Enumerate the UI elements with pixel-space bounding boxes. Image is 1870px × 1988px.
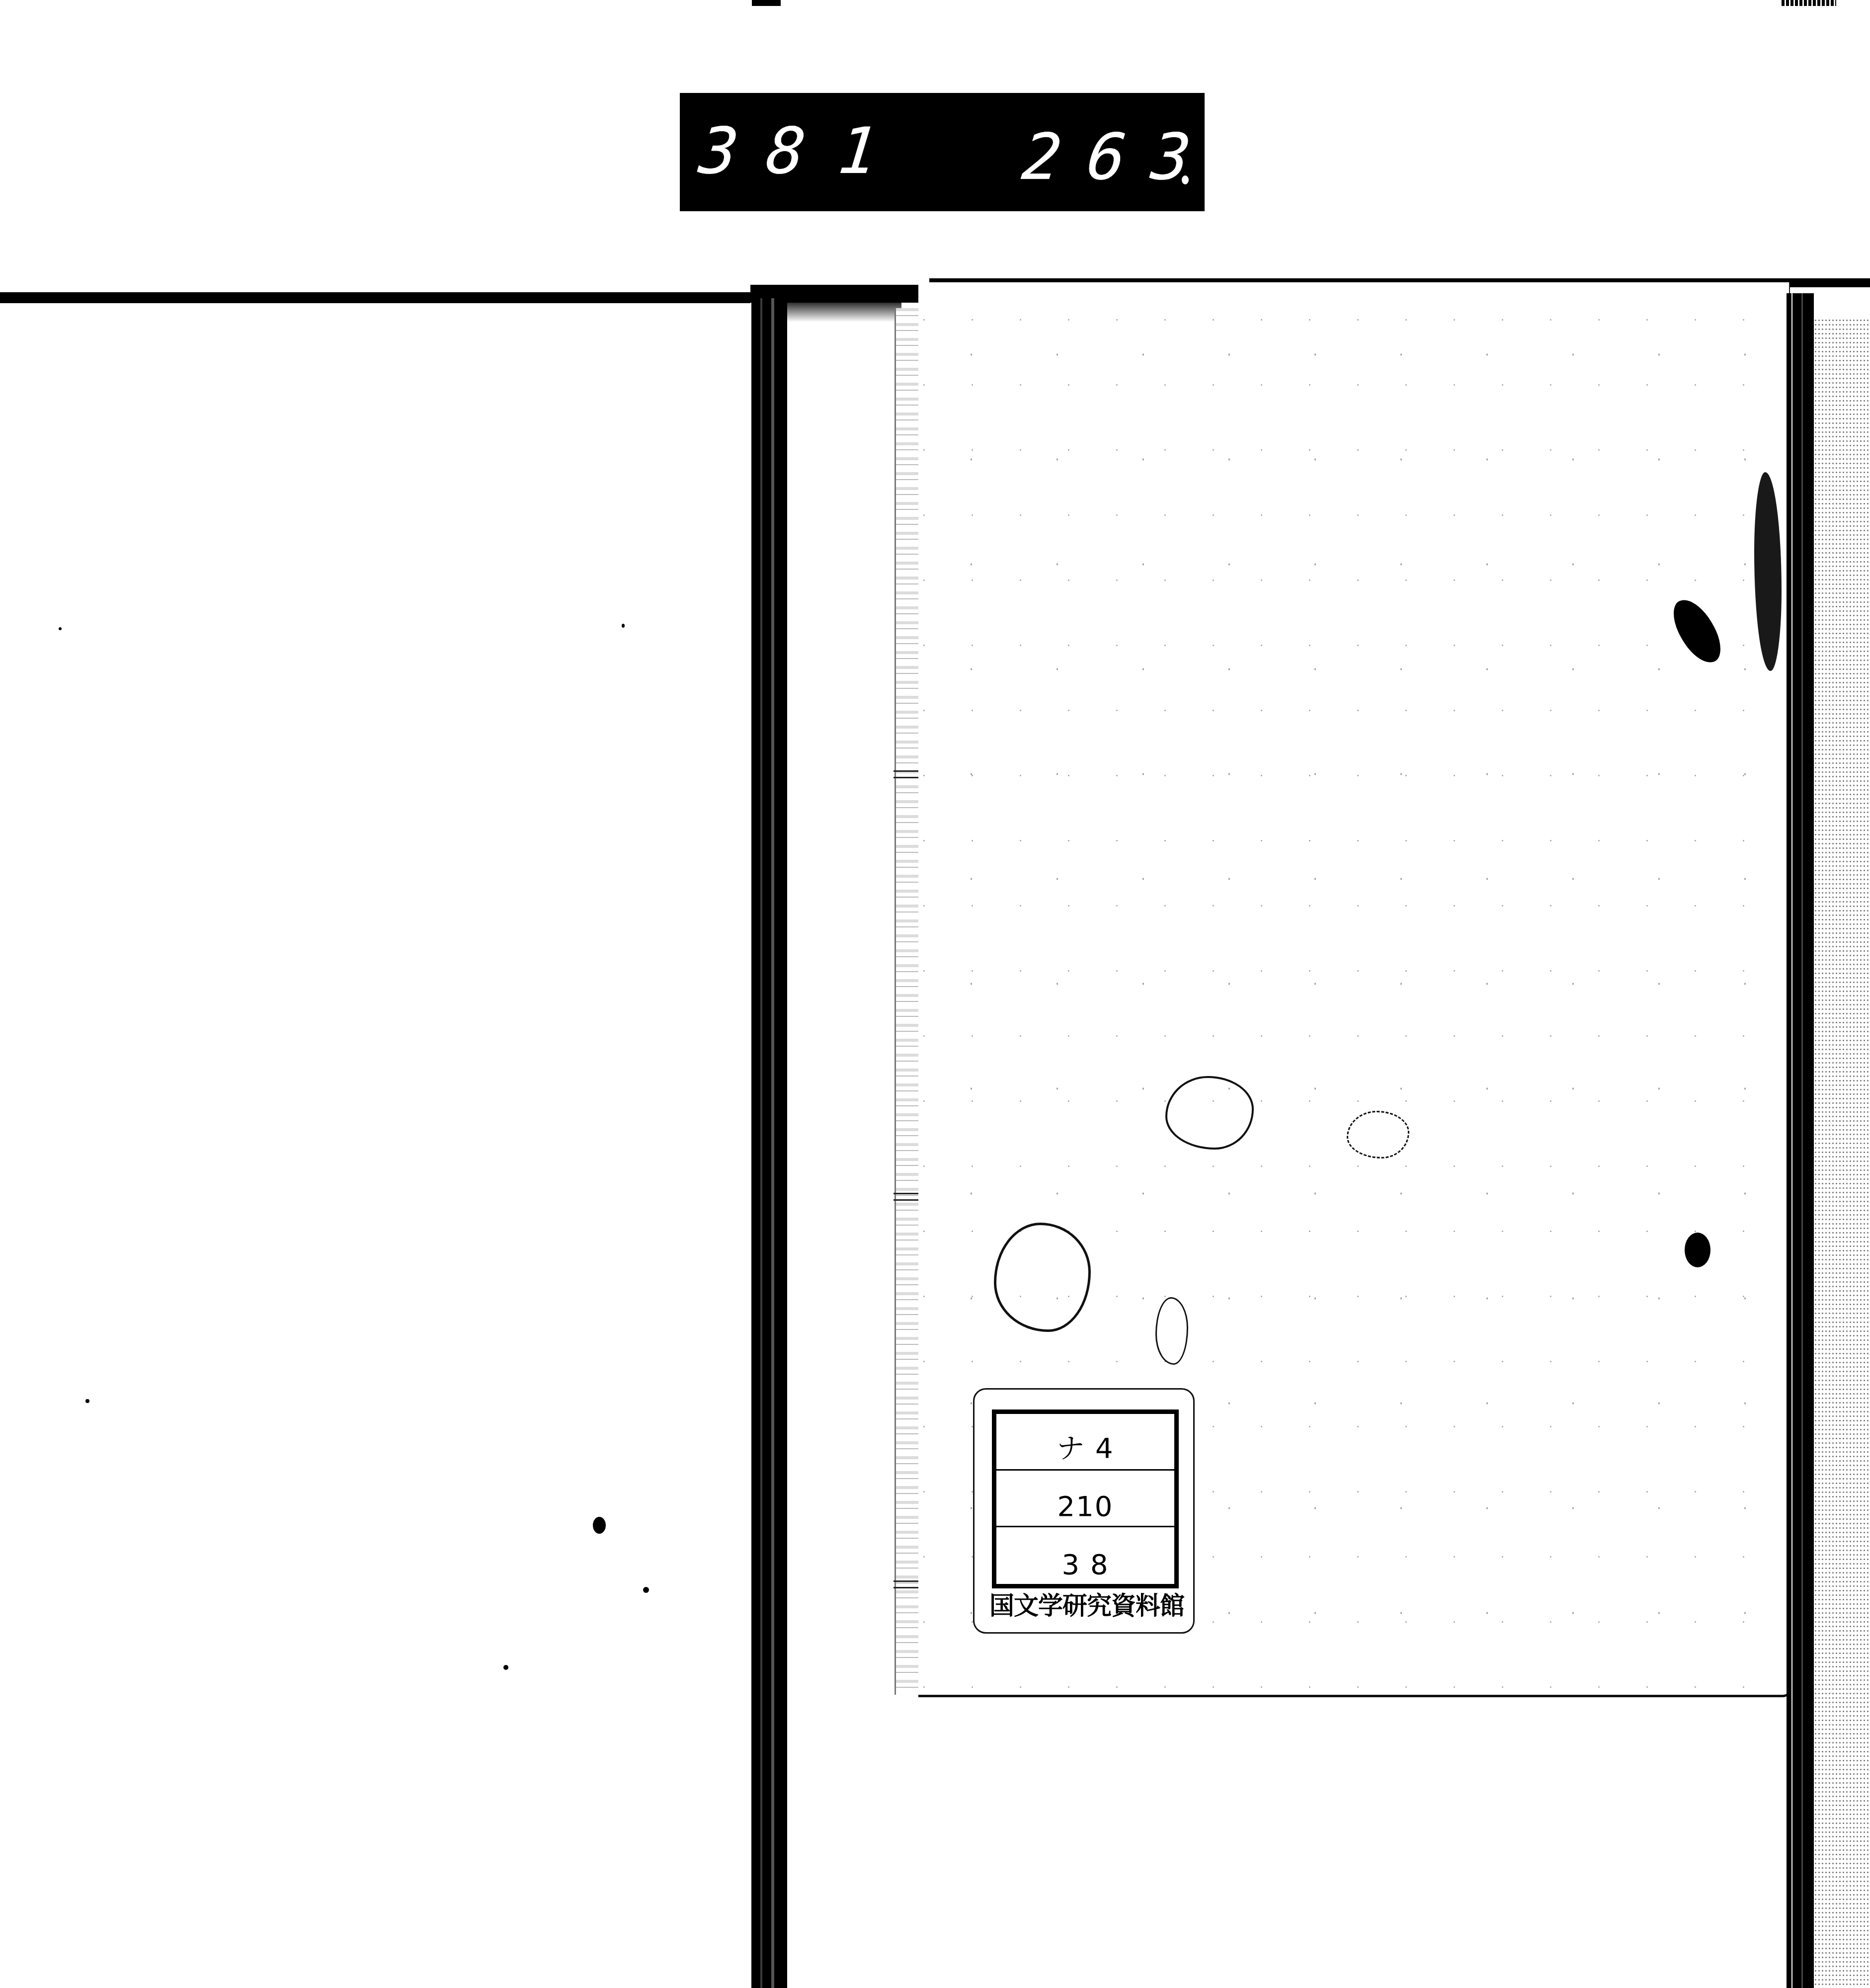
counter-digit: 1 — [836, 122, 882, 181]
left-page-top-edge — [0, 292, 750, 303]
counter-digit: 3 — [697, 122, 743, 181]
counter-digits: 3 8 1 2 6 3 — [680, 122, 1205, 196]
top-edge-mark — [1782, 0, 1836, 6]
water-stain — [994, 1223, 1091, 1332]
call-number-row-volume: 3 8 — [996, 1527, 1174, 1584]
page-fore-edge-texture — [1814, 318, 1870, 1988]
ink-speck — [85, 1399, 89, 1403]
ink-speck — [593, 1517, 606, 1534]
library-shelf-label: ナ 4 210 3 8 国文学研究資料館 — [973, 1388, 1195, 1634]
call-number-grid: ナ 4 210 3 8 — [992, 1409, 1179, 1588]
counter-digit: 6 — [1084, 128, 1131, 187]
binding-stitch — [894, 770, 921, 778]
book-spine — [751, 298, 787, 1988]
water-stain — [1165, 1076, 1254, 1150]
page-fore-edge — [1787, 293, 1814, 1988]
cover-damage — [1685, 1233, 1710, 1267]
top-edge-mark — [752, 0, 781, 6]
ink-speck — [59, 627, 62, 630]
water-stain — [1347, 1111, 1409, 1159]
stitched-binding-edge — [894, 308, 921, 1695]
ink-speck — [643, 1587, 649, 1593]
counter-digit: 2 — [1020, 128, 1066, 187]
binding-stitch — [894, 1193, 921, 1201]
ink-speck — [622, 624, 625, 628]
counter-dot — [1182, 175, 1189, 184]
frame-counter-plate: 3 8 1 2 6 3 — [680, 93, 1205, 211]
binding-stitch — [894, 1580, 921, 1588]
gutter-shadow — [787, 298, 901, 322]
ink-speck — [503, 1665, 508, 1670]
call-number-row-number: 210 — [996, 1471, 1174, 1527]
call-number-row-class: ナ 4 — [996, 1414, 1174, 1471]
counter-digit: 8 — [764, 122, 810, 181]
institution-name: 国文学研究資料館 — [989, 1586, 1183, 1622]
water-stain — [1155, 1297, 1188, 1365]
